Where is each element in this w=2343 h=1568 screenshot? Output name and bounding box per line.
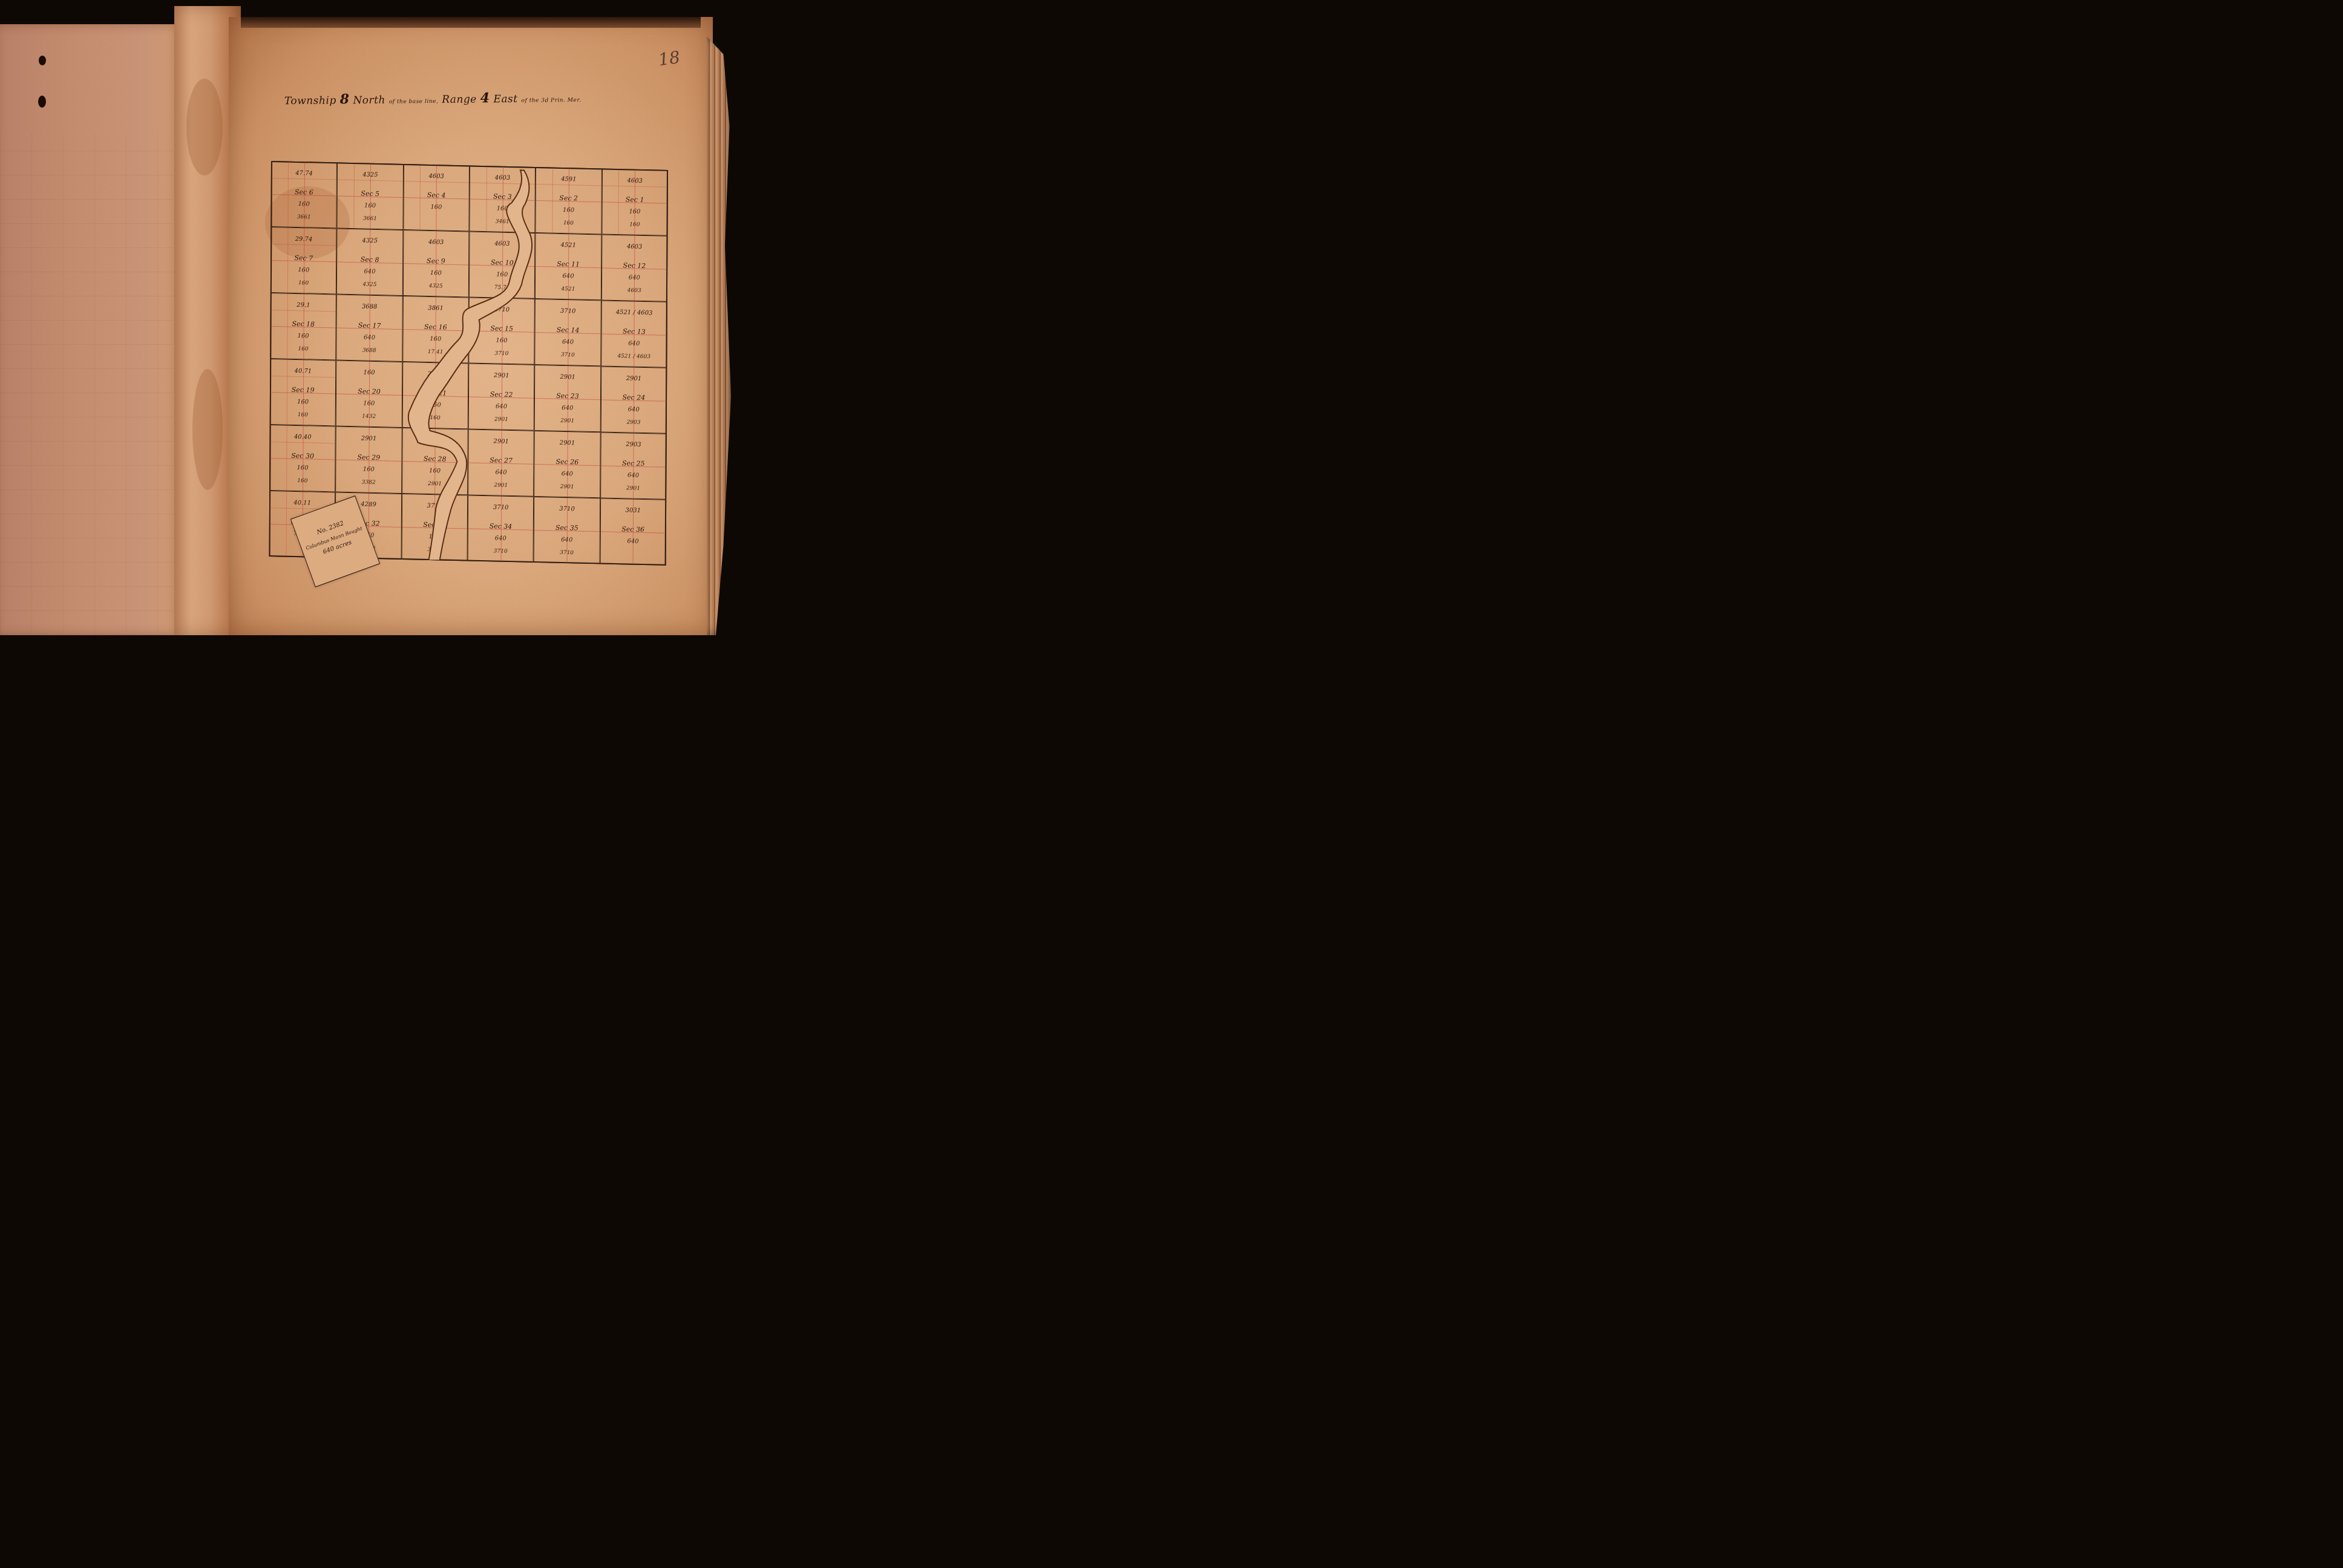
section-label: Sec 15 <box>470 324 534 333</box>
section-label: Sec 9 <box>404 256 468 266</box>
section-acres: 160 <box>403 401 468 409</box>
title-east: East <box>493 93 517 105</box>
section-entry: 4521 / 4603 <box>601 309 666 316</box>
section-entry-secondary: 3710 <box>536 351 600 359</box>
section-acres: 640 <box>534 536 599 544</box>
title-range: Range <box>442 93 477 106</box>
section-entry: 2901 <box>402 436 467 444</box>
section-acres: 640 <box>468 469 533 477</box>
section-acres: 160 <box>602 208 667 216</box>
section-entry: 3861 <box>403 304 468 312</box>
section-label: Sec 8 <box>337 255 402 264</box>
section-entry: 4603 <box>470 174 535 181</box>
section-18: 29.1Sec 18160160 <box>270 293 336 360</box>
section-entry-secondary: 4325 <box>337 281 402 288</box>
section-entry: 4603 <box>603 177 667 185</box>
section-entry-secondary: 3711 <box>402 546 467 554</box>
section-acres: 160 <box>272 200 336 208</box>
section-acres: 160 <box>470 205 535 213</box>
section-label: Sec 35 <box>534 523 599 532</box>
section-acres: 160 <box>404 269 468 277</box>
section-entry: 4603 <box>470 240 534 247</box>
section-acres: 640 <box>469 403 534 411</box>
section-entry-secondary: 3382 <box>336 479 401 486</box>
section-acres: 640 <box>601 472 666 480</box>
page-number: 18 <box>657 47 681 70</box>
section-12: 4603Sec 126404603 <box>601 234 668 301</box>
section-label: Sec 33 <box>402 520 467 529</box>
section-entry-secondary: 1432 <box>336 413 401 420</box>
section-entry-secondary: 3710 <box>468 547 533 555</box>
section-21: 2901Sec 21160160 <box>402 362 468 429</box>
section-acres: 640 <box>337 268 402 276</box>
section-3: 4603Sec 31603461 <box>469 165 536 232</box>
section-4: 4603Sec 4160 <box>403 164 470 231</box>
section-acres: 160 <box>336 466 401 474</box>
section-entry: 3711 <box>402 502 467 510</box>
section-33: 3711Sec 331603711 <box>401 494 468 561</box>
ink-blot <box>39 56 46 65</box>
section-acres: 160 <box>270 332 335 340</box>
faint-grid <box>0 133 182 635</box>
section-entry: 4603 <box>404 238 468 246</box>
page-edges <box>707 36 737 635</box>
section-entry: 3031 <box>601 506 666 514</box>
section-label: Sec 13 <box>601 327 666 336</box>
section-5: 4325Sec 51603661 <box>337 162 404 229</box>
section-entry: 4325 <box>338 171 402 178</box>
section-13: 4521 / 4603Sec 136404521 / 4603 <box>601 300 667 367</box>
section-label: Sec 36 <box>600 524 665 534</box>
section-acres: 160 <box>469 337 534 345</box>
section-entry: 2901 <box>469 437 534 445</box>
section-acres: 640 <box>536 338 600 346</box>
section-acres: 160 <box>336 400 401 408</box>
section-label: Sec 7 <box>271 253 336 263</box>
section-label: Sec 23 <box>535 391 600 400</box>
section-entry: 3710 <box>468 503 533 511</box>
section-label: Sec 28 <box>402 454 467 463</box>
section-acres: 640 <box>468 535 533 543</box>
book-photo: 18 Township 8 North of the base line, Ra… <box>0 0 949 635</box>
left-page <box>0 24 182 635</box>
section-7: 29.74Sec 7160160 <box>270 227 337 294</box>
section-entry-secondary: 160 <box>270 345 335 353</box>
stain <box>186 79 223 175</box>
section-entry-secondary: 3661 <box>271 214 336 221</box>
section-label: Sec 12 <box>602 261 667 270</box>
section-6: 47.74Sec 61603661 <box>270 161 337 228</box>
section-label: Sec 2 <box>536 194 601 203</box>
section-label: Sec 10 <box>470 258 534 267</box>
section-label: Sec 26 <box>535 457 600 466</box>
section-entry: 3710 <box>536 307 600 315</box>
section-entry-secondary: 3661 <box>338 215 402 222</box>
title-baseline: of the base line, <box>389 99 438 105</box>
section-23: 2901Sec 236402901 <box>534 365 601 432</box>
section-entry: 160 <box>336 368 401 376</box>
section-entry: 4325 <box>338 237 402 244</box>
title-range-number: 4 <box>480 90 490 106</box>
section-entry-secondary: 2901 <box>535 483 600 490</box>
section-19: 40.71Sec 19160160 <box>270 359 336 426</box>
section-acres: 640 <box>602 274 667 282</box>
section-entry-secondary: 2901 <box>535 417 600 424</box>
title-meridian: of the 3d Prin. Mer. <box>521 97 581 104</box>
section-label: Sec 4 <box>404 191 468 200</box>
section-entry-secondary: 160 <box>402 414 467 422</box>
title-north: North <box>353 94 385 106</box>
section-14: 3710Sec 146403710 <box>535 299 601 366</box>
section-acres: 160 <box>404 203 468 211</box>
section-entry-secondary: 4521 / 4603 <box>601 353 666 360</box>
title-township: Township <box>284 94 336 107</box>
section-label: Sec 29 <box>336 452 401 462</box>
section-entry: 2901 <box>403 370 468 378</box>
section-label: Sec 6 <box>272 188 336 197</box>
section-label: Sec 5 <box>338 189 402 198</box>
section-10: 4603Sec 1016075.71 <box>469 231 536 298</box>
section-entry: 3688 <box>337 302 402 310</box>
section-acres: 160 <box>270 398 335 406</box>
section-17: 3688Sec 176403688 <box>336 294 403 361</box>
section-entry-secondary: 160 <box>270 477 335 485</box>
section-entry-secondary: 2903 <box>601 419 666 426</box>
section-15: 3710Sec 151603710 <box>468 297 535 364</box>
section-entry-secondary: 2901 <box>468 482 533 489</box>
section-entry: 40.71 <box>270 367 335 375</box>
section-9: 4603Sec 91604325 <box>403 230 470 297</box>
section-label: Sec 18 <box>271 319 336 328</box>
section-entry-secondary: 160 <box>602 221 667 228</box>
section-entry: 29.74 <box>271 235 336 243</box>
section-25: 2903Sec 256402901 <box>600 432 667 499</box>
section-label: Sec 1 <box>602 195 667 204</box>
section-entry: 2901 <box>535 439 600 447</box>
title-township-number: 8 <box>340 91 350 107</box>
section-label: Sec 14 <box>536 325 600 335</box>
section-entry: 47.74 <box>272 169 336 177</box>
section-entry-secondary: 4603 <box>602 287 667 294</box>
section-entry: 2901 <box>336 434 401 442</box>
section-entry: 4603 <box>404 172 469 180</box>
section-acres: 160 <box>403 335 468 343</box>
section-entry-secondary: 160 <box>536 220 601 227</box>
section-34: 3710Sec 346403710 <box>468 495 534 562</box>
section-acres: 160 <box>270 464 335 472</box>
section-entry-secondary: 2901 <box>402 480 467 488</box>
section-entry: 3710 <box>534 505 599 513</box>
section-acres: 640 <box>337 334 402 342</box>
section-label: Sec 16 <box>403 322 468 332</box>
section-entry: 4521 <box>536 241 601 249</box>
section-8: 4325Sec 86404325 <box>336 228 403 295</box>
section-entry: 29.1 <box>271 301 336 309</box>
section-acres: 640 <box>601 406 666 414</box>
section-entry-secondary: 75.71 <box>470 284 534 291</box>
section-label: Sec 11 <box>536 260 600 269</box>
section-entry: 4591 <box>536 175 601 183</box>
section-acres: 160 <box>271 266 336 274</box>
section-entry-secondary: 160 <box>270 411 335 419</box>
section-acres: 640 <box>535 470 600 478</box>
section-label: Sec 17 <box>337 321 402 330</box>
section-24: 2901Sec 246402903 <box>600 366 667 433</box>
ink-blot <box>38 96 46 108</box>
section-acres: 160 <box>536 206 601 214</box>
plat-title: Township 8 North of the base line, Range… <box>284 90 582 108</box>
section-1: 4603Sec 1160160 <box>601 168 668 235</box>
stain <box>241 17 701 28</box>
section-entry-secondary: 160 <box>271 279 336 287</box>
section-entry-secondary: 2901 <box>601 485 666 492</box>
section-26: 2901Sec 266402901 <box>534 431 600 498</box>
section-entry-secondary: 3688 <box>337 347 402 354</box>
section-acres: 640 <box>535 404 600 412</box>
section-22: 2901Sec 226402901 <box>468 363 535 430</box>
section-entry: 2901 <box>469 371 534 379</box>
section-acres: 160 <box>470 271 534 279</box>
section-28: 2901Sec 281602901 <box>402 428 468 495</box>
section-acres: 160 <box>338 202 402 210</box>
section-entry: 3710 <box>470 305 534 313</box>
section-2: 4591Sec 2160160 <box>536 167 602 234</box>
section-entry-secondary: 3461 <box>470 218 534 225</box>
section-entry-secondary: 4521 <box>536 286 600 293</box>
section-entry-secondary: 3710 <box>469 350 534 357</box>
section-label: Sec 22 <box>469 390 534 399</box>
section-acres: 160 <box>402 533 467 541</box>
section-entry: 4603 <box>602 243 667 250</box>
section-label: Sec 27 <box>468 456 533 465</box>
section-36: 3031Sec 36640 <box>600 498 666 565</box>
section-label: Sec 20 <box>336 387 401 396</box>
section-20: 160Sec 201601432 <box>336 360 402 427</box>
section-27: 2901Sec 276402901 <box>468 429 534 496</box>
section-acres: 640 <box>536 272 600 280</box>
section-entry-secondary: 4325 <box>404 283 468 290</box>
section-label: Sec 30 <box>270 451 335 460</box>
section-entry: 40.40 <box>270 433 335 441</box>
section-11: 4521Sec 116404521 <box>535 233 601 300</box>
section-acres: 160 <box>402 467 467 475</box>
section-entry: 2901 <box>535 373 600 381</box>
section-label: Sec 25 <box>601 459 666 468</box>
section-35: 3710Sec 356403710 <box>534 497 600 564</box>
section-entry-secondary: 2901 <box>469 416 534 423</box>
section-acres: 640 <box>601 340 666 348</box>
section-label: Sec 19 <box>270 385 335 394</box>
section-entry-secondary: 17.41 <box>403 348 468 356</box>
section-acres: 640 <box>600 538 665 546</box>
stain <box>192 369 223 490</box>
section-16: 3861Sec 1616017.41 <box>402 296 469 363</box>
section-label: Sec 24 <box>601 393 666 402</box>
section-label: Sec 21 <box>403 388 468 397</box>
section-entry-secondary: 3710 <box>534 549 599 556</box>
section-label: Sec 34 <box>468 521 533 531</box>
section-label: Sec 3 <box>470 192 535 201</box>
section-29: 2901Sec 291603382 <box>335 426 402 493</box>
section-entry: 2901 <box>601 374 666 382</box>
section-entry: 2903 <box>601 440 666 448</box>
section-30: 40.40Sec 30160160 <box>269 425 336 492</box>
